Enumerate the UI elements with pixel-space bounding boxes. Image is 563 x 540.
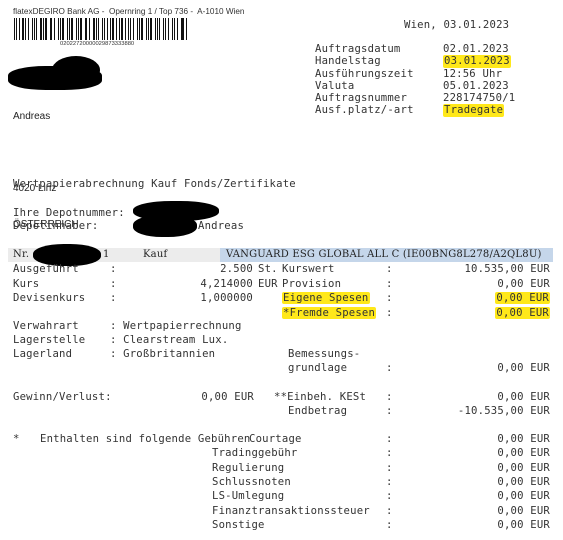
document-title: Wertpapierabrechnung Kauf Fonds/Zertifik…: [13, 178, 296, 190]
detail-label: Devisenkurs: [13, 292, 85, 304]
colon: :: [386, 447, 393, 459]
trade-nr-suffix: 1: [103, 249, 110, 260]
fees-intro: Enthalten sind folgende Gebühren: [40, 433, 251, 445]
order-info-row: Ausführungszeit12:56 Uhr: [315, 68, 515, 80]
recipient-name: Andreas: [13, 111, 79, 123]
gewinn-value: 0,00 EUR: [201, 391, 254, 403]
bemessung-value: 0,00 EUR: [497, 362, 550, 374]
detail-label: Ausgeführt: [13, 263, 79, 275]
kest-label: **Einbeh. KESt: [274, 391, 366, 403]
fee-value: 0,00 EUR: [497, 519, 550, 531]
order-info-label: Auftragsnummer: [315, 92, 443, 104]
detail-value: 4,214000: [200, 278, 253, 290]
order-info-label: Ausf.platz/-art: [315, 104, 443, 116]
order-info-label: Auftragsdatum: [315, 43, 443, 55]
amount-label: *Fremde Spesen: [282, 307, 376, 319]
order-info-value: 02.01.2023: [443, 43, 509, 55]
custody-label: Verwahrart: [13, 320, 79, 332]
order-info-label: Ausführungszeit: [315, 68, 443, 80]
order-info-row: Auftragsnummer228174750/1: [315, 92, 515, 104]
bemessung-label-2: grundlage: [288, 362, 347, 374]
fee-value: 0,00 EUR: [497, 447, 550, 459]
fee-label: Regulierung: [212, 462, 284, 474]
amount-value: 0,00 EUR: [495, 292, 550, 304]
fee-value: 0,00 EUR: [497, 490, 550, 502]
detail-unit: St.: [258, 263, 278, 275]
colon: : Großbritannien: [110, 348, 215, 360]
order-info-value: 228174750/1: [443, 92, 515, 104]
sender-line: flatexDEGIRO Bank AG - Opernring 1 / Top…: [13, 7, 244, 16]
fee-label: LS-Umlegung: [212, 490, 284, 502]
barcode: [14, 18, 190, 40]
barcode-number: 02022720000029873333880: [60, 41, 134, 47]
order-info-row: Valuta05.01.2023: [315, 80, 515, 92]
order-info-label: Handelstag: [315, 55, 443, 67]
fee-label: Schlussnoten: [212, 476, 291, 488]
colon: :: [386, 490, 393, 502]
order-info-label: Valuta: [315, 80, 443, 92]
fee-label: Finanztransaktionssteuer: [212, 505, 370, 517]
security-name: VANGUARD ESG GLOBAL ALL C (IE00BNG8L278/…: [226, 249, 542, 260]
colon: :: [110, 278, 117, 290]
detail-unit: EUR: [258, 278, 278, 290]
colon: : Wertpapierrechnung: [110, 320, 242, 332]
colon: :: [386, 433, 393, 445]
colon: :: [110, 263, 117, 275]
trade-nr-label: Nr.: [13, 249, 29, 260]
trade-type: Kauf: [143, 249, 167, 260]
custody-label: Lagerstelle: [13, 334, 85, 346]
endbetrag-value: -10.535,00 EUR: [458, 405, 550, 417]
colon: :: [386, 391, 393, 403]
colon: : Clearstream Lux.: [110, 334, 228, 346]
fees-marker: *: [13, 433, 20, 445]
colon: :: [386, 263, 393, 275]
colon: :: [386, 519, 393, 531]
colon: :: [386, 462, 393, 474]
order-info-value: Tradegate: [443, 104, 504, 116]
fee-label: Courtage: [249, 433, 302, 445]
colon: :: [386, 362, 393, 374]
amount-value: 0,00 EUR: [495, 307, 550, 319]
order-info-value: 12:56 Uhr: [443, 68, 502, 80]
redaction-mark: [8, 66, 102, 90]
fee-label: Sonstige: [212, 519, 265, 531]
amount-value: 10.535,00 EUR: [464, 263, 550, 275]
order-info-block: Auftragsdatum02.01.2023Handelstag03.01.2…: [315, 43, 515, 117]
colon: :: [386, 278, 393, 290]
fee-value: 0,00 EUR: [497, 476, 550, 488]
fee-label: Tradinggebühr: [212, 447, 298, 459]
order-info-row: Ausf.platz/-artTradegate: [315, 104, 515, 116]
colon: :: [386, 292, 393, 304]
bemessung-label-1: Bemessungs-: [288, 348, 360, 360]
order-info-row: Auftragsdatum02.01.2023: [315, 43, 515, 55]
colon: :: [110, 292, 117, 304]
amount-label: Provision: [282, 278, 341, 290]
colon: :: [386, 476, 393, 488]
fee-value: 0,00 EUR: [497, 433, 550, 445]
fee-value: 0,00 EUR: [497, 505, 550, 517]
colon: :: [386, 405, 393, 417]
amount-label: Kurswert: [282, 263, 335, 275]
detail-value: 2.500: [220, 263, 253, 275]
order-info-value: 05.01.2023: [443, 80, 509, 92]
amount-label: Eigene Spesen: [282, 292, 370, 304]
depot-number-label: Ihre Depotnummer:: [13, 207, 125, 219]
redaction-mark: [133, 215, 197, 237]
detail-value: 1,000000: [200, 292, 253, 304]
amount-value: 0,00 EUR: [497, 278, 550, 290]
detail-label: Kurs: [13, 278, 39, 290]
colon: :: [386, 505, 393, 517]
place-date: Wien, 03.01.2023: [404, 19, 509, 31]
endbetrag-label: Endbetrag: [288, 405, 347, 417]
gewinn-label: Gewinn/Verlust:: [13, 391, 112, 403]
depot-owner-label: Depotinhaber:: [13, 220, 99, 232]
kest-value: 0,00 EUR: [497, 391, 550, 403]
custody-label: Lagerland: [13, 348, 72, 360]
order-info-value: 03.01.2023: [443, 55, 511, 67]
colon: :: [386, 307, 393, 319]
order-info-row: Handelstag03.01.2023: [315, 55, 515, 67]
depot-owner-name: Andreas: [198, 220, 244, 232]
fee-value: 0,00 EUR: [497, 462, 550, 474]
